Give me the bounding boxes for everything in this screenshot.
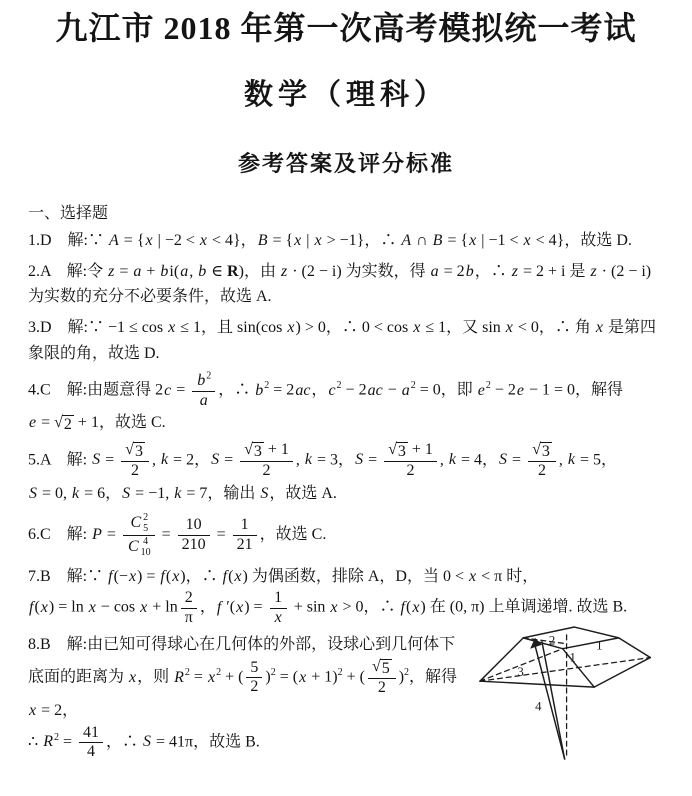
answers-content: 一、选择题 1.D 解:∵ A = {x | −2 < x < 4}，B = {…: [0, 200, 692, 762]
frustum-bottom-front-edge: [480, 681, 594, 687]
exam-subject: 数学（理科）: [0, 72, 692, 113]
figure-label-top-face: 2: [549, 634, 555, 648]
document-page: 九江市 2018 年第一次高考模拟统一考试 数学（理科） 参考答案及评分标准 一…: [0, 0, 692, 796]
solution-q6: 6.C 解: P = C25C410 = 10210 = 121，故选 C.: [28, 512, 664, 559]
frustum-right-top-edge: [619, 638, 651, 658]
solution-q3: 3.D 解:∵ −1 ≤ cos x ≤ 1，且 sin(cos x) > 0，…: [28, 315, 664, 367]
frustum-figure: 1 2 1 3 4: [476, 618, 668, 768]
figure-label-right-face: 1: [596, 639, 602, 653]
slant-line-to-center-b: [542, 642, 565, 759]
solution-q7: 7.B 解:∵ f(−x) = f(x)，∴ f(x) 为偶函数，排除 A，D，…: [28, 564, 664, 628]
top-face-diagonal-dashed: [523, 638, 566, 644]
figure-label-slant-distance: 4: [535, 700, 542, 714]
figure-label-height: 1: [570, 651, 576, 665]
figure-label-base-diagonal: 3: [517, 665, 523, 679]
solution-q5: 5.A 解: S = √32, k = 2，S = √3 + 12, k = 3…: [28, 441, 664, 507]
solution-q1: 1.D 解:∵ A = {x | −2 < x < 4}，B = {x | x …: [28, 228, 664, 254]
solution-q4: 4.C 解:由题意得 2c = b2a，∴ b2 = 2ac，c2 − 2ac …: [28, 372, 664, 436]
multiple-choice-heading: 一、选择题: [28, 200, 664, 223]
solution-q2: 2.A 解:令 z = a + bi(a, b ∈ R)，由 z · (2 − …: [28, 259, 664, 311]
answers-heading: 参考答案及评分标准: [0, 147, 692, 178]
solution-q8-block: 1 2 1 3 4 8.B 解:由已知可得球心在几何体的外部，设球心到几何体下底…: [28, 632, 664, 761]
base-diagonal-dashed: [480, 658, 650, 682]
exam-title: 九江市 2018 年第一次高考模拟统一考试: [10, 8, 682, 50]
